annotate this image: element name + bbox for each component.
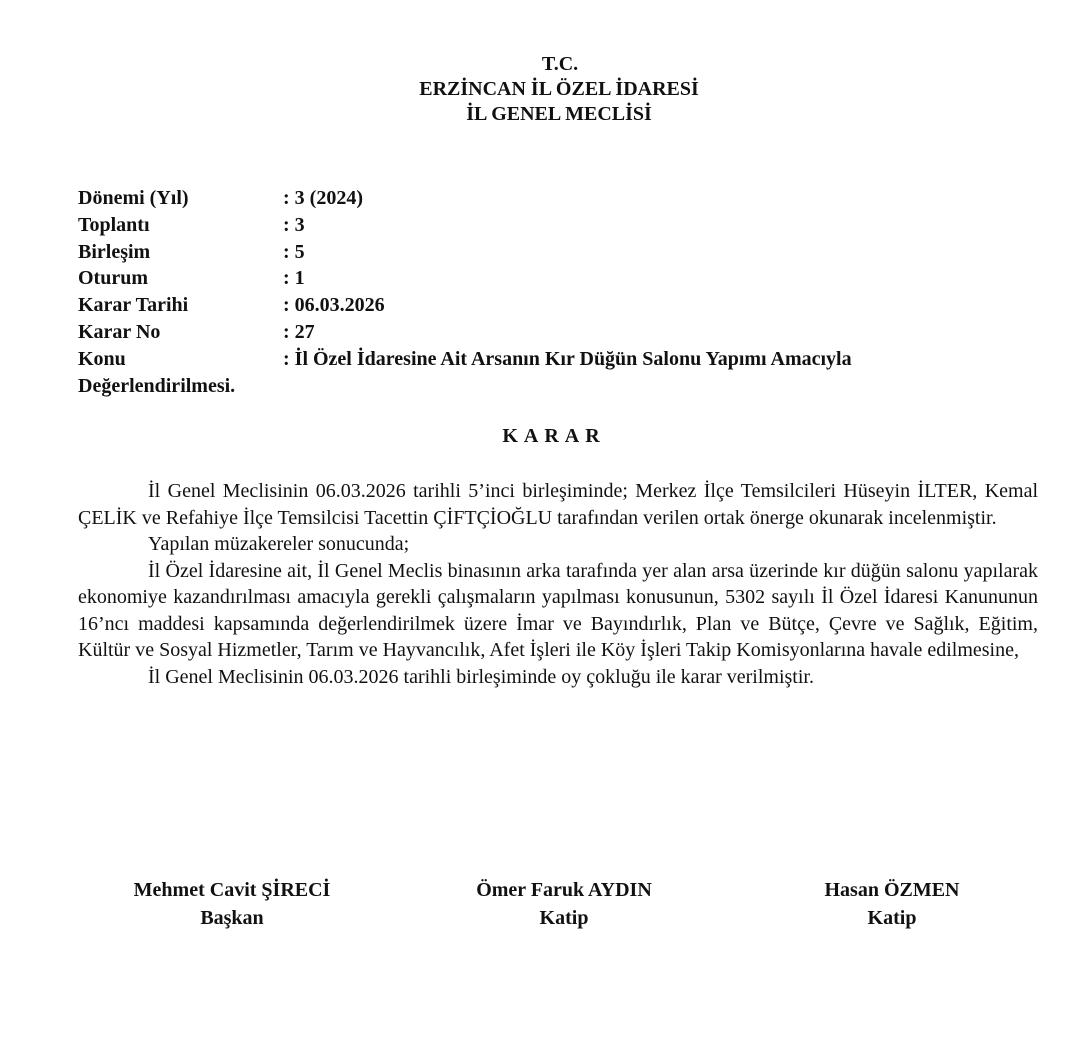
signatory-name: Mehmet Cavit ŞİRECİ [82,876,382,904]
body-paragraph: İl Genel Meclisinin 06.03.2026 tarihli b… [78,664,1038,691]
header-line-institution: ERZİNCAN İL ÖZEL İDARESİ [38,77,1080,102]
document-header: T.C. ERZİNCAN İL ÖZEL İDARESİ İL GENEL M… [0,52,1080,127]
meta-row-decision-number: Karar No : 27 [78,319,978,346]
body-paragraph: Yapılan müzakereler sonucunda; [78,531,1038,558]
meta-value: : 3 [283,212,978,239]
meta-subject-continuation: Değerlendirilmesi. [78,373,978,400]
meta-value: : 06.03.2026 [283,292,978,319]
meta-label: Toplantı [78,212,283,239]
header-line-tc: T.C. [40,52,1080,77]
meta-label: Konu [78,346,283,373]
meta-row-meeting: Toplantı : 3 [78,212,978,239]
meta-label: Oturum [78,265,283,292]
meta-row-session: Birleşim : 5 [78,239,978,266]
meta-label: Birleşim [78,239,283,266]
signatory-role: Katip [414,904,714,932]
signature-chairman: Mehmet Cavit ŞİRECİ Başkan [82,876,382,932]
meta-value: : 27 [283,319,978,346]
meta-label: Karar No [78,319,283,346]
signature-clerk-1: Ömer Faruk AYDIN Katip [414,876,714,932]
meta-label: Karar Tarihi [78,292,283,319]
signatory-name: Ömer Faruk AYDIN [414,876,714,904]
signatory-role: Başkan [82,904,382,932]
decision-title: KARAR [0,425,1080,448]
body-paragraph: İl Genel Meclisinin 06.03.2026 tarihli 5… [78,478,1038,531]
signature-clerk-2: Hasan ÖZMEN Katip [742,876,1042,932]
meta-row-sitting: Oturum : 1 [78,265,978,292]
meta-value: : 5 [283,239,978,266]
header-line-council: İL GENEL MECLİSİ [38,102,1080,127]
meta-label: Dönemi (Yıl) [78,185,283,212]
meta-value: : İl Özel İdaresine Ait Arsanın Kır Düğü… [283,346,978,373]
meta-row-subject: Konu : İl Özel İdaresine Ait Arsanın Kır… [78,346,978,373]
meta-value: : 3 (2024) [283,185,978,212]
meta-row-decision-date: Karar Tarihi : 06.03.2026 [78,292,978,319]
meta-value: : 1 [283,265,978,292]
signatory-name: Hasan ÖZMEN [742,876,1042,904]
meta-row-period: Dönemi (Yıl) : 3 (2024) [78,185,978,212]
decision-body: İl Genel Meclisinin 06.03.2026 tarihli 5… [78,478,1038,690]
body-paragraph: İl Özel İdaresine ait, İl Genel Meclis b… [78,558,1038,664]
decision-metadata: Dönemi (Yıl) : 3 (2024) Toplantı : 3 Bir… [78,185,978,399]
signatory-role: Katip [742,904,1042,932]
